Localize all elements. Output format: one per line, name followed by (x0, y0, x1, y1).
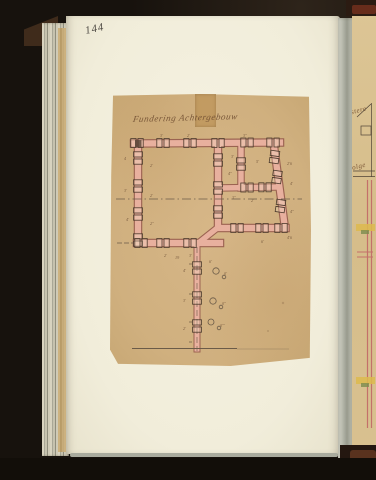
foxing-spots (267, 302, 284, 332)
pier-label: 4'6 (287, 235, 293, 240)
pier-label: 19 (175, 255, 180, 260)
pier-label: 4 (124, 156, 126, 161)
foundation-plan: 4 2' 3' 2' 4' 2'' 3' 2' 3'' 3' 5' 4'' 2'… (0, 0, 376, 480)
pier-label: 3' (231, 154, 234, 159)
pier-label: 6' (209, 259, 212, 264)
pier-label: 6' (261, 239, 264, 244)
pier-label: 0''' (220, 323, 225, 328)
pier-label: 3' (160, 133, 163, 138)
centerlines (116, 199, 302, 351)
pier-label: 4' (290, 181, 293, 186)
pier-label: 2' (150, 193, 153, 198)
pier-label: 0' (224, 271, 227, 276)
stem-ticks (189, 264, 192, 342)
pier-label: 4' (183, 268, 186, 273)
book-photo: istere volge 144 Fundering Achtergebouw (0, 0, 376, 480)
next-page-drawing-fragment (353, 103, 375, 428)
circle-marks (208, 268, 226, 330)
pier-label: 4'' (290, 209, 294, 214)
pier-label: 3' (189, 253, 192, 258)
pier-label: 4'' (228, 171, 232, 176)
pier-label: 2' (150, 163, 153, 168)
pier-label: 2'' (150, 221, 154, 226)
corner-mark (135, 140, 142, 148)
pier-label: 3' (183, 298, 186, 303)
pier-label: 3'' (232, 195, 236, 200)
pier-label: 0'' (222, 301, 226, 306)
pier-label: 2' (164, 253, 167, 258)
pier-label: 2'6 (287, 161, 293, 166)
pier-label: 3'' (243, 133, 247, 138)
pier-label: 2' (183, 326, 186, 331)
pier-label: 2' (251, 198, 254, 203)
pier-label: 2' (187, 133, 190, 138)
pier-label: 3' (124, 188, 127, 193)
pier-label: 4' (126, 217, 129, 222)
pier-label: 5' (256, 159, 259, 164)
